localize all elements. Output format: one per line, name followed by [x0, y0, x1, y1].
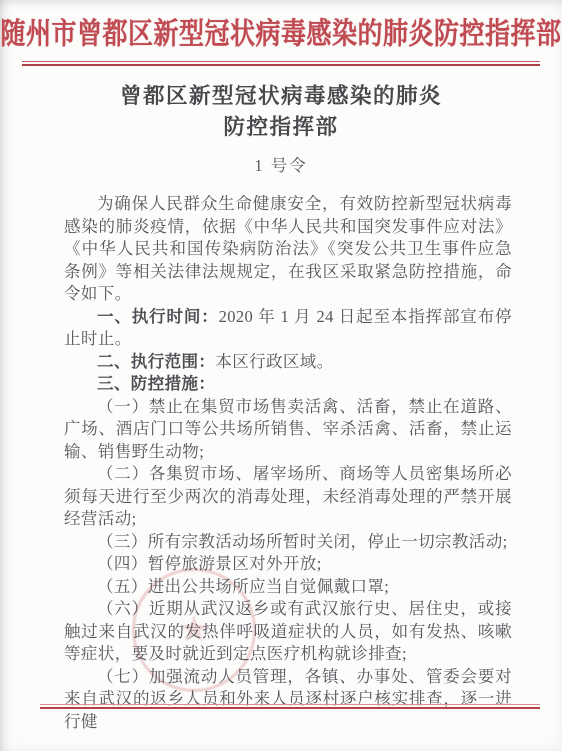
letterhead-title: 随州市曾都区新型冠状病毒感染的肺炎防控指挥部 — [0, 0, 562, 53]
measure-item-5: （五）进出公共场所应当自觉佩戴口罩; — [64, 576, 512, 599]
measure-item-1: （一）禁止在集贸市场售卖活禽、活畜，禁止在道路、广场、酒店门口等公共场所销售、宰… — [64, 396, 512, 464]
document-title-line2: 防控指挥部 — [0, 112, 562, 143]
section-execution-scope-label: 二、执行范围： — [97, 353, 215, 371]
letterhead-divider — [22, 61, 540, 66]
section-control-measures-label: 三、防控措施： — [97, 375, 215, 393]
scanned-official-document: 随州市曾都区新型冠状病毒感染的肺炎防控指挥部 曾都区新型冠状病毒感染的肺炎 防控… — [0, 0, 562, 751]
footer-divider — [40, 704, 540, 709]
measure-item-4: （四）暂停旅游景区对外开放; — [64, 553, 512, 576]
document-title-line1: 曾都区新型冠状病毒感染的肺炎 — [0, 81, 562, 112]
measure-item-7: （七）加强流动人员管理，各镇、办事处、管委会要对来自武汉的返乡人员和外来人员逐村… — [64, 666, 512, 734]
section-execution-time-label: 一、执行时间： — [97, 308, 219, 326]
document-title: 曾都区新型冠状病毒感染的肺炎 防控指挥部 — [0, 81, 562, 143]
section-execution-scope: 二、执行范围：本区行政区域。 — [64, 351, 512, 374]
order-number: 1 号令 — [0, 152, 562, 176]
section-control-measures: 三、防控措施： — [64, 373, 512, 396]
document-body: 为确保人民群众生命健康安全，有效防控新型冠状病毒感染的肺炎疫情，依据《中华人民共… — [64, 193, 512, 733]
measure-item-2: （二）各集贸市场、屠宰场所、商场等人员密集场所必须每天进行至少两次的消毒处理，未… — [64, 463, 512, 531]
intro-paragraph: 为确保人民群众生命健康安全，有效防控新型冠状病毒感染的肺炎疫情，依据《中华人民共… — [64, 193, 512, 306]
section-execution-time: 一、执行时间：2020 年 1 月 24 日起至本指挥部宣布停止时止。 — [64, 306, 512, 351]
measure-item-3: （三）所有宗教活动场所暂时关闭，停止一切宗教活动; — [64, 531, 512, 554]
measure-item-6: （六）近期从武汉返乡或有武汉旅行史、居住史，或接触过来自武汉的发热伴呼吸道症状的… — [64, 598, 512, 666]
section-execution-scope-text: 本区行政区域。 — [215, 352, 333, 371]
